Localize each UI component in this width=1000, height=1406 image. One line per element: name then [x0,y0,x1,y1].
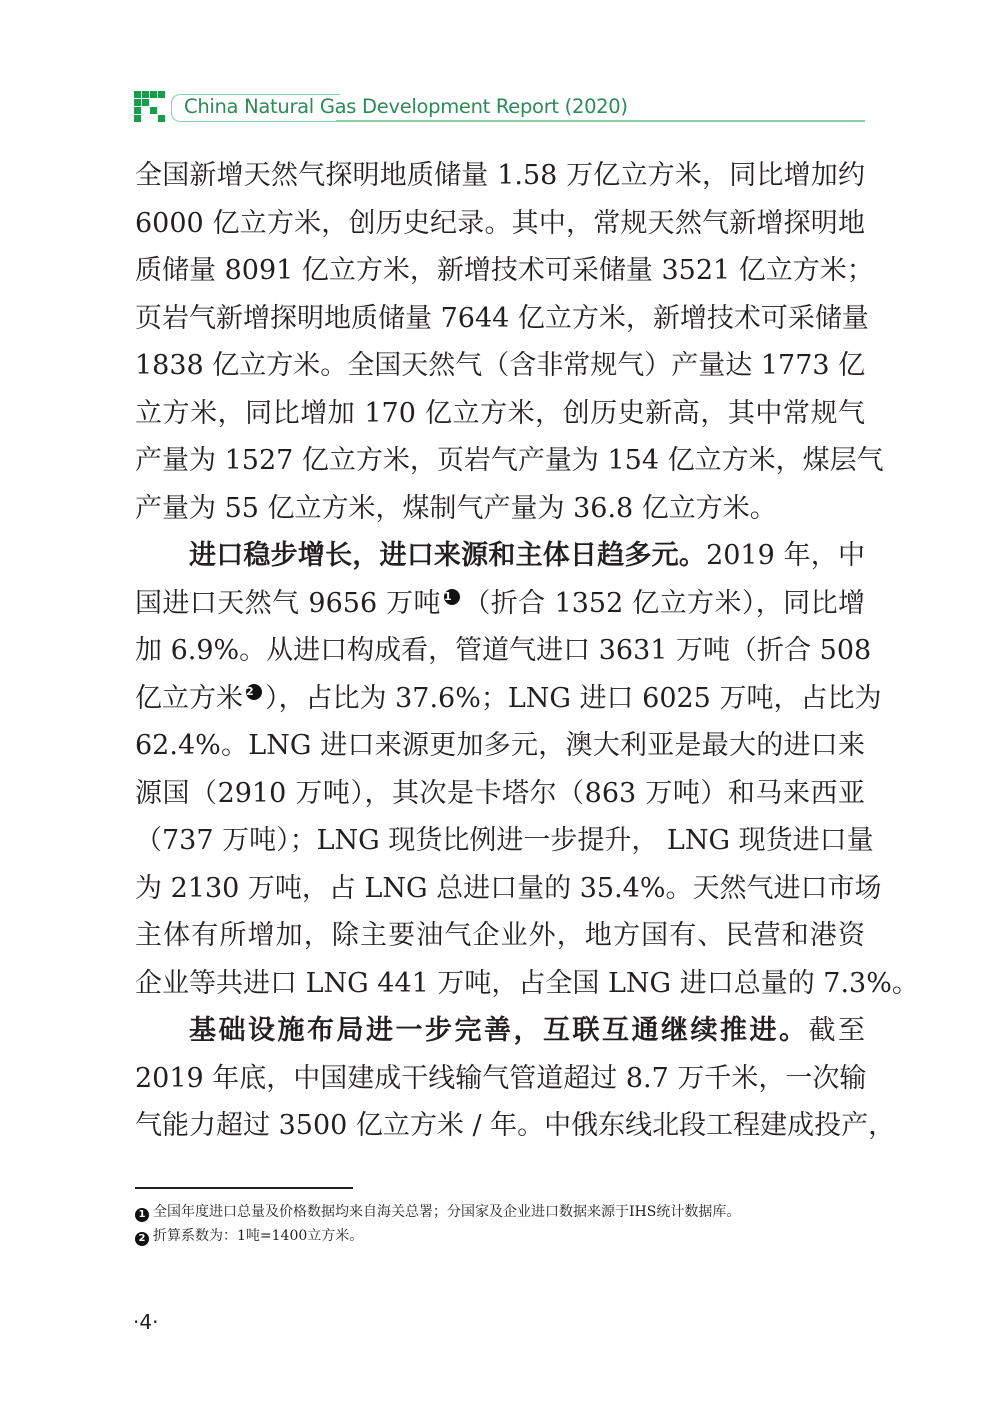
report-title: China Natural Gas Development Report (20… [184,95,628,118]
header-rule [336,120,865,122]
footnote-ref-2[interactable]: 2 [246,684,262,700]
paragraph-imports-line: 源国（2910 万吨），其次是卡塔尔（863 万吨）和马来西亚 [135,770,865,818]
paragraph-infrastructure-line: 基础设施布局进一步完善，互联互通继续推进。截至 [135,1007,865,1055]
footnote-2: 2折算系数为：1吨=1400立方米。 [135,1224,875,1248]
paragraph-imports-line: （737 万吨）；LNG 现货比例进一步提升， LNG 现货进口量 [135,817,865,865]
footnotes: 1全国年度进口总量及价格数据均来自海关总署；分国家及企业进口数据来源于IHS统计… [135,1200,875,1248]
body-line: 全国新增天然气探明地质储量 1.58 万亿立方米，同比增加约 [135,152,865,200]
paragraph-imports-line: 进口稳步增长，进口来源和主体日趋多元。2019 年，中 [135,532,865,580]
paragraph-imports-line: 62.4%。LNG 进口来源更加多元，澳大利亚是最大的进口来 [135,722,865,770]
text-span: 国进口天然气 9656 万吨 [135,588,441,619]
paragraph-heading-infrastructure: 基础设施布局进一步完善，互联互通继续推进。 [189,1015,809,1046]
body-text: 全国新增天然气探明地质储量 1.58 万亿立方米，同比增加约 6000 亿立方米… [135,152,865,1150]
footnote-ref-1[interactable]: 1 [444,589,460,605]
footnote-text: 折算系数为：1吨=1400立方米。 [153,1228,363,1244]
paragraph-imports-line: 企业等共进口 LNG 441 万吨，占全国 LNG 进口总量的 7.3%。 [135,960,865,1008]
paragraph-imports-line: 加 6.9%。从进口构成看，管道气进口 3631 万吨（折合 508 [135,627,865,675]
footnote-text: 全国年度进口总量及价格数据均来自海关总署；分国家及企业进口数据来源于IHS统计数… [153,1204,740,1220]
text-span: （折合 1352 亿立方米），同比增 [463,588,865,619]
body-line: 产量为 1527 亿立方米，页岩气产量为 154 亿立方米，煤层气 [135,437,865,485]
footnote-marker-1: 1 [135,1208,149,1222]
page-number: ·4· [133,1310,158,1334]
footnote-separator [135,1187,353,1189]
footnote-1: 1全国年度进口总量及价格数据均来自海关总署；分国家及企业进口数据来源于IHS统计… [135,1200,875,1224]
paragraph-imports-line: 国进口天然气 9656 万吨1（折合 1352 亿立方米），同比增 [135,580,865,628]
running-header: China Natural Gas Development Report (20… [131,88,867,128]
text-span: ），占比为 37.6%；LNG 进口 6025 万吨，占比为 [265,683,881,714]
text-span: 截至 [809,1015,866,1046]
text-span: 亿立方米 [135,683,243,714]
body-line: 1838 亿立方米。全国天然气（含非常规气）产量达 1773 亿 [135,342,865,390]
body-line: 立方米，同比增加 170 亿立方米，创历史新高，其中常规气 [135,390,865,438]
paragraph-infrastructure-line: 气能力超过 3500 亿立方米 / 年。中俄东线北段工程建成投产， [135,1102,865,1150]
text-span: 2019 年，中 [706,540,865,571]
body-line: 产量为 55 亿立方米，煤制气产量为 36.8 亿立方米。 [135,485,865,533]
green-square-grid-logo-icon [134,91,166,123]
body-line: 质储量 8091 亿立方米，新增技术可采储量 3521 亿立方米； [135,247,865,295]
paragraph-imports-line: 为 2130 万吨，占 LNG 总进口量的 35.4%。天然气进口市场 [135,865,865,913]
paragraph-heading-imports: 进口稳步增长，进口来源和主体日趋多元。 [189,540,706,571]
body-line: 6000 亿立方米，创历史纪录。其中，常规天然气新增探明地 [135,200,865,248]
paragraph-imports-line: 主体有所增加，除主要油气企业外，地方国有、民营和港资 [135,912,865,960]
paragraph-infrastructure-line: 2019 年底，中国建成干线输气管道超过 8.7 万千米，一次输 [135,1055,865,1103]
footnote-marker-2: 2 [135,1232,149,1246]
paragraph-imports-line: 亿立方米2），占比为 37.6%；LNG 进口 6025 万吨，占比为 [135,675,865,723]
body-line: 页岩气新增探明地质储量 7644 亿立方米，新增技术可采储量 [135,295,865,343]
